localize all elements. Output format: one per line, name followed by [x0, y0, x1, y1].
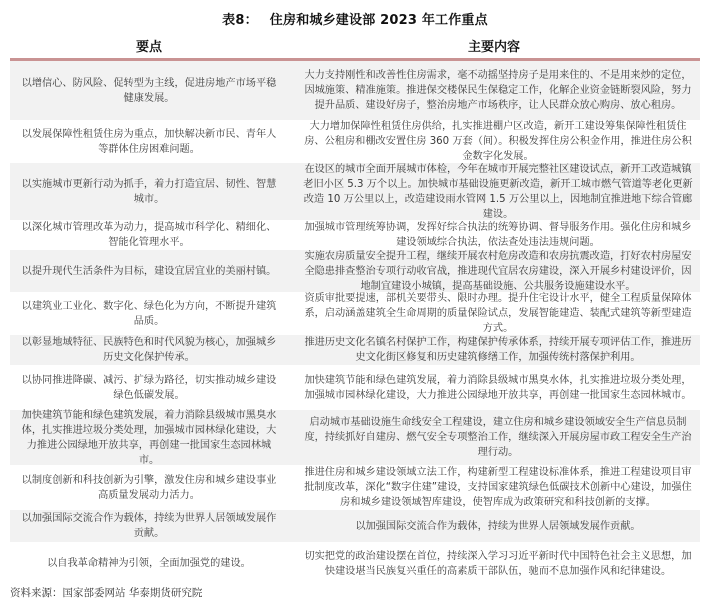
- table-header: 要点 主要内容: [10, 38, 700, 61]
- point-cell: 以增信心、防风险、促转型为主线，促进房地产市场平稳健康发展。: [10, 76, 288, 106]
- table-row: 以实施城市更新行动为抓手，着力打造宜居、韧性、智慧城市。 在设区的城市全面开展城…: [10, 163, 700, 220]
- point-cell: 以发展保障性租赁住房为重点，加快解决新市民、青年人等群体住房困难问题。: [10, 127, 288, 157]
- table-row: 加快建筑节能和绿色建筑发展，着力消除县级城市黑臭水体，扎实推进垃圾分类处理，加强…: [10, 410, 700, 465]
- source-note: 资料来源：国家部委网站 华泰期货研究院: [10, 585, 202, 600]
- point-cell: 以实施城市更新行动为抓手，着力打造宜居、韧性、智慧城市。: [10, 177, 288, 207]
- content-cell: 推进住房和城乡建设领域立法工作，构建新型工程建设标准体系，推进工程建设项目审批制…: [288, 465, 700, 510]
- work-priorities-table: 以增信心、防风险、促转型为主线，促进房地产市场平稳健康发展。 大力支持刚性和改善…: [10, 61, 700, 585]
- point-cell: 以提升现代生活条件为目标，建设宜居宜业的美丽村镇。: [10, 264, 288, 279]
- content-cell: 大力支持刚性和改善性住房需求，毫不动摇坚持房子是用来住的、不是用来炒的定位，因城…: [288, 68, 700, 113]
- content-cell: 切实把党的政治建设摆在首位，持续深入学习习近平新时代中国特色社会主义思想，加快建…: [288, 549, 700, 579]
- point-cell: 以深化城市管理改革为动力，提高城市科学化、精细化、智能化管理水平。: [10, 220, 288, 250]
- point-cell: 以加强国际交流合作为载体，持续为世界人居领域发展作贡献。: [10, 511, 288, 541]
- point-cell: 以制度创新和科技创新为引擎，激发住房和城乡建设事业高质量发展动力活力。: [10, 473, 288, 503]
- table-title: 表8：住房和城乡建设部 2023 年工作重点: [0, 9, 710, 28]
- point-cell: 以建筑业工业化、数字化、绿色化为方向，不断提升建筑品质。: [10, 299, 288, 329]
- table-row: 以发展保障性租赁住房为重点，加快解决新市民、青年人等群体住房困难问题。 大力增加…: [10, 120, 700, 163]
- table-row: 以彰显地域特征、民族特色和时代风貌为核心，加强城乡历史文化保护传承。 推进历史文…: [10, 335, 700, 365]
- content-cell: 启动城市基础设施生命线安全工程建设，建立住房和城乡建设领域安全生产信息员制度，持…: [288, 415, 700, 460]
- content-cell: 大力增加保障性租赁住房供给，扎实推进棚户区改造，新开工建设筹集保障性租赁住房、公…: [288, 119, 700, 164]
- table-row: 以深化城市管理改革为动力，提高城市科学化、精细化、智能化管理水平。 加强城市管理…: [10, 220, 700, 250]
- point-cell: 以彰显地域特征、民族特色和时代风貌为核心，加强城乡历史文化保护传承。: [10, 335, 288, 365]
- table-row: 以提升现代生活条件为目标，建设宜居宜业的美丽村镇。 实施农房质量安全提升工程，继…: [10, 250, 700, 292]
- content-cell: 加快建筑节能和绿色建筑发展，着力消除县级城市黑臭水体，扎实推进垃圾分类处理，加强…: [288, 373, 700, 403]
- table-number: 表8：: [222, 13, 258, 28]
- table-row: 以建筑业工业化、数字化、绿色化为方向，不断提升建筑品质。 资质审批要提速，部机关…: [10, 292, 700, 335]
- content-cell: 实施农房质量安全提升工程，继续开展农村危房改造和农房抗震改造，打好农村房屋安全隐…: [288, 249, 700, 294]
- table-row: 以制度创新和科技创新为引擎，激发住房和城乡建设事业高质量发展动力活力。 推进住房…: [10, 465, 700, 510]
- content-cell: 以加强国际交流合作为载体，持续为世界人居领域发展作贡献。: [288, 519, 700, 534]
- point-cell: 加快建筑节能和绿色建筑发展，着力消除县级城市黑臭水体，扎实推进垃圾分类处理，加强…: [10, 408, 288, 468]
- point-cell: 以自我革命精神为引领，全面加强党的建设。: [10, 556, 288, 571]
- point-cell: 以协同推进降碳、减污、扩绿为路径，切实推动城乡建设绿色低碳发展。: [10, 373, 288, 403]
- content-cell: 资质审批要提速，部机关要带头、限时办理。提升住宅设计水平，健全工程质量保障体系，…: [288, 291, 700, 336]
- table-row: 以自我革命精神为引领，全面加强党的建设。 切实把党的政治建设摆在首位，持续深入学…: [10, 542, 700, 585]
- table-row: 以协同推进降碳、减污、扩绿为路径，切实推动城乡建设绿色低碳发展。 加快建筑节能和…: [10, 365, 700, 410]
- table-row: 以加强国际交流合作为载体，持续为世界人居领域发展作贡献。 以加强国际交流合作为载…: [10, 510, 700, 542]
- table-title-text: 住房和城乡建设部 2023 年工作重点: [270, 13, 488, 28]
- content-cell: 推进历史文化名镇名村保护工作，构建保护传承体系，持续开展专项评估工作，推进历史文…: [288, 335, 700, 365]
- table-row: 以增信心、防风险、促转型为主线，促进房地产市场平稳健康发展。 大力支持刚性和改善…: [10, 61, 700, 120]
- column-header-points: 要点: [10, 38, 288, 58]
- content-cell: 在设区的城市全面开展城市体检，今年在城市开展完整社区建设试点，新开工改造城镇老旧…: [288, 162, 700, 222]
- column-header-content: 主要内容: [288, 38, 700, 58]
- content-cell: 加强城市管理统筹协调，发挥好综合执法的统筹协调、督导服务作用。强化住房和城乡建设…: [288, 220, 700, 250]
